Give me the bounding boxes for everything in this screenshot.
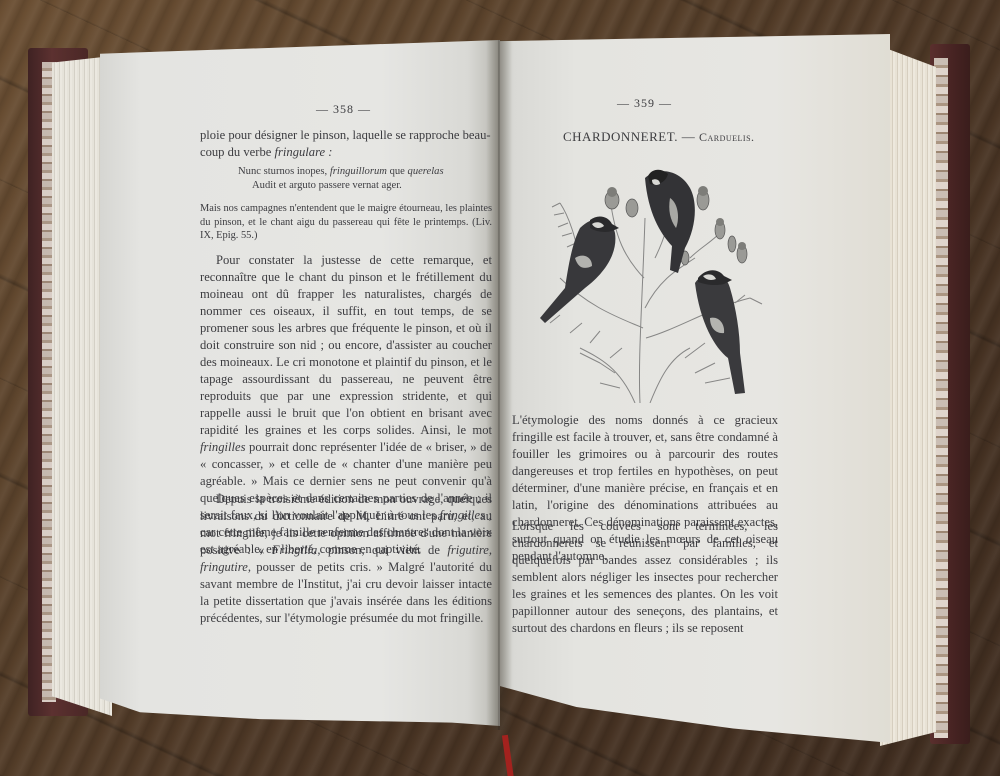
page-number-right: — 359 —: [617, 96, 672, 111]
left-opening-lines: ploie pour désigner le pinson, laquelle …: [200, 127, 492, 161]
bookmark-ribbon: [502, 735, 514, 776]
italic-term: fringilles: [200, 440, 245, 454]
verse-line-1-italic2: querelas: [408, 166, 444, 177]
goldfinch-engraving: [520, 158, 780, 403]
right-paragraph-2: Lorsque les couvées sont terminées, les …: [512, 518, 778, 637]
goldfinch-left: [540, 217, 619, 323]
chapter-latin-name: Carduelis.: [699, 130, 755, 144]
verse-line-1a: Nunc sturnos inopes,: [238, 166, 330, 177]
goldfinches-on-thistle-icon: [520, 158, 780, 403]
chapter-heading: CHARDONNERET. — Carduelis.: [563, 129, 755, 145]
italic-term: Fringilla: [272, 543, 317, 557]
verse-line-2: Audit et arguto passere vernat ager.: [238, 179, 444, 193]
verse-line-1-italic: fringuillorum: [330, 166, 387, 177]
page-number-left: — 358 —: [316, 102, 371, 117]
left-paragraph-2: Depuis la troisième édition de mon ouvra…: [200, 491, 492, 627]
opening-line-1: ploie pour désigner le pinson, laquelle …: [200, 128, 491, 142]
chapter-dash: —: [678, 129, 699, 144]
goldfinch-right: [695, 270, 745, 394]
opening-italic: fringulare :: [275, 145, 333, 159]
footnote-translation: Mais nos campagnes n'entendent que le ma…: [200, 202, 492, 243]
marbled-endpaper-right: [934, 58, 948, 738]
paragraph-text: , pinson, qui vient de: [317, 543, 447, 557]
latin-verse: Nunc sturnos inopes, fringuillorum que q…: [238, 165, 444, 192]
chapter-title: CHARDONNERET.: [563, 129, 678, 144]
verse-line-1b: que: [387, 166, 408, 177]
paragraph-text: Pour constater la justesse de cette rema…: [200, 253, 492, 437]
opening-line-2: coup du verbe: [200, 145, 271, 159]
